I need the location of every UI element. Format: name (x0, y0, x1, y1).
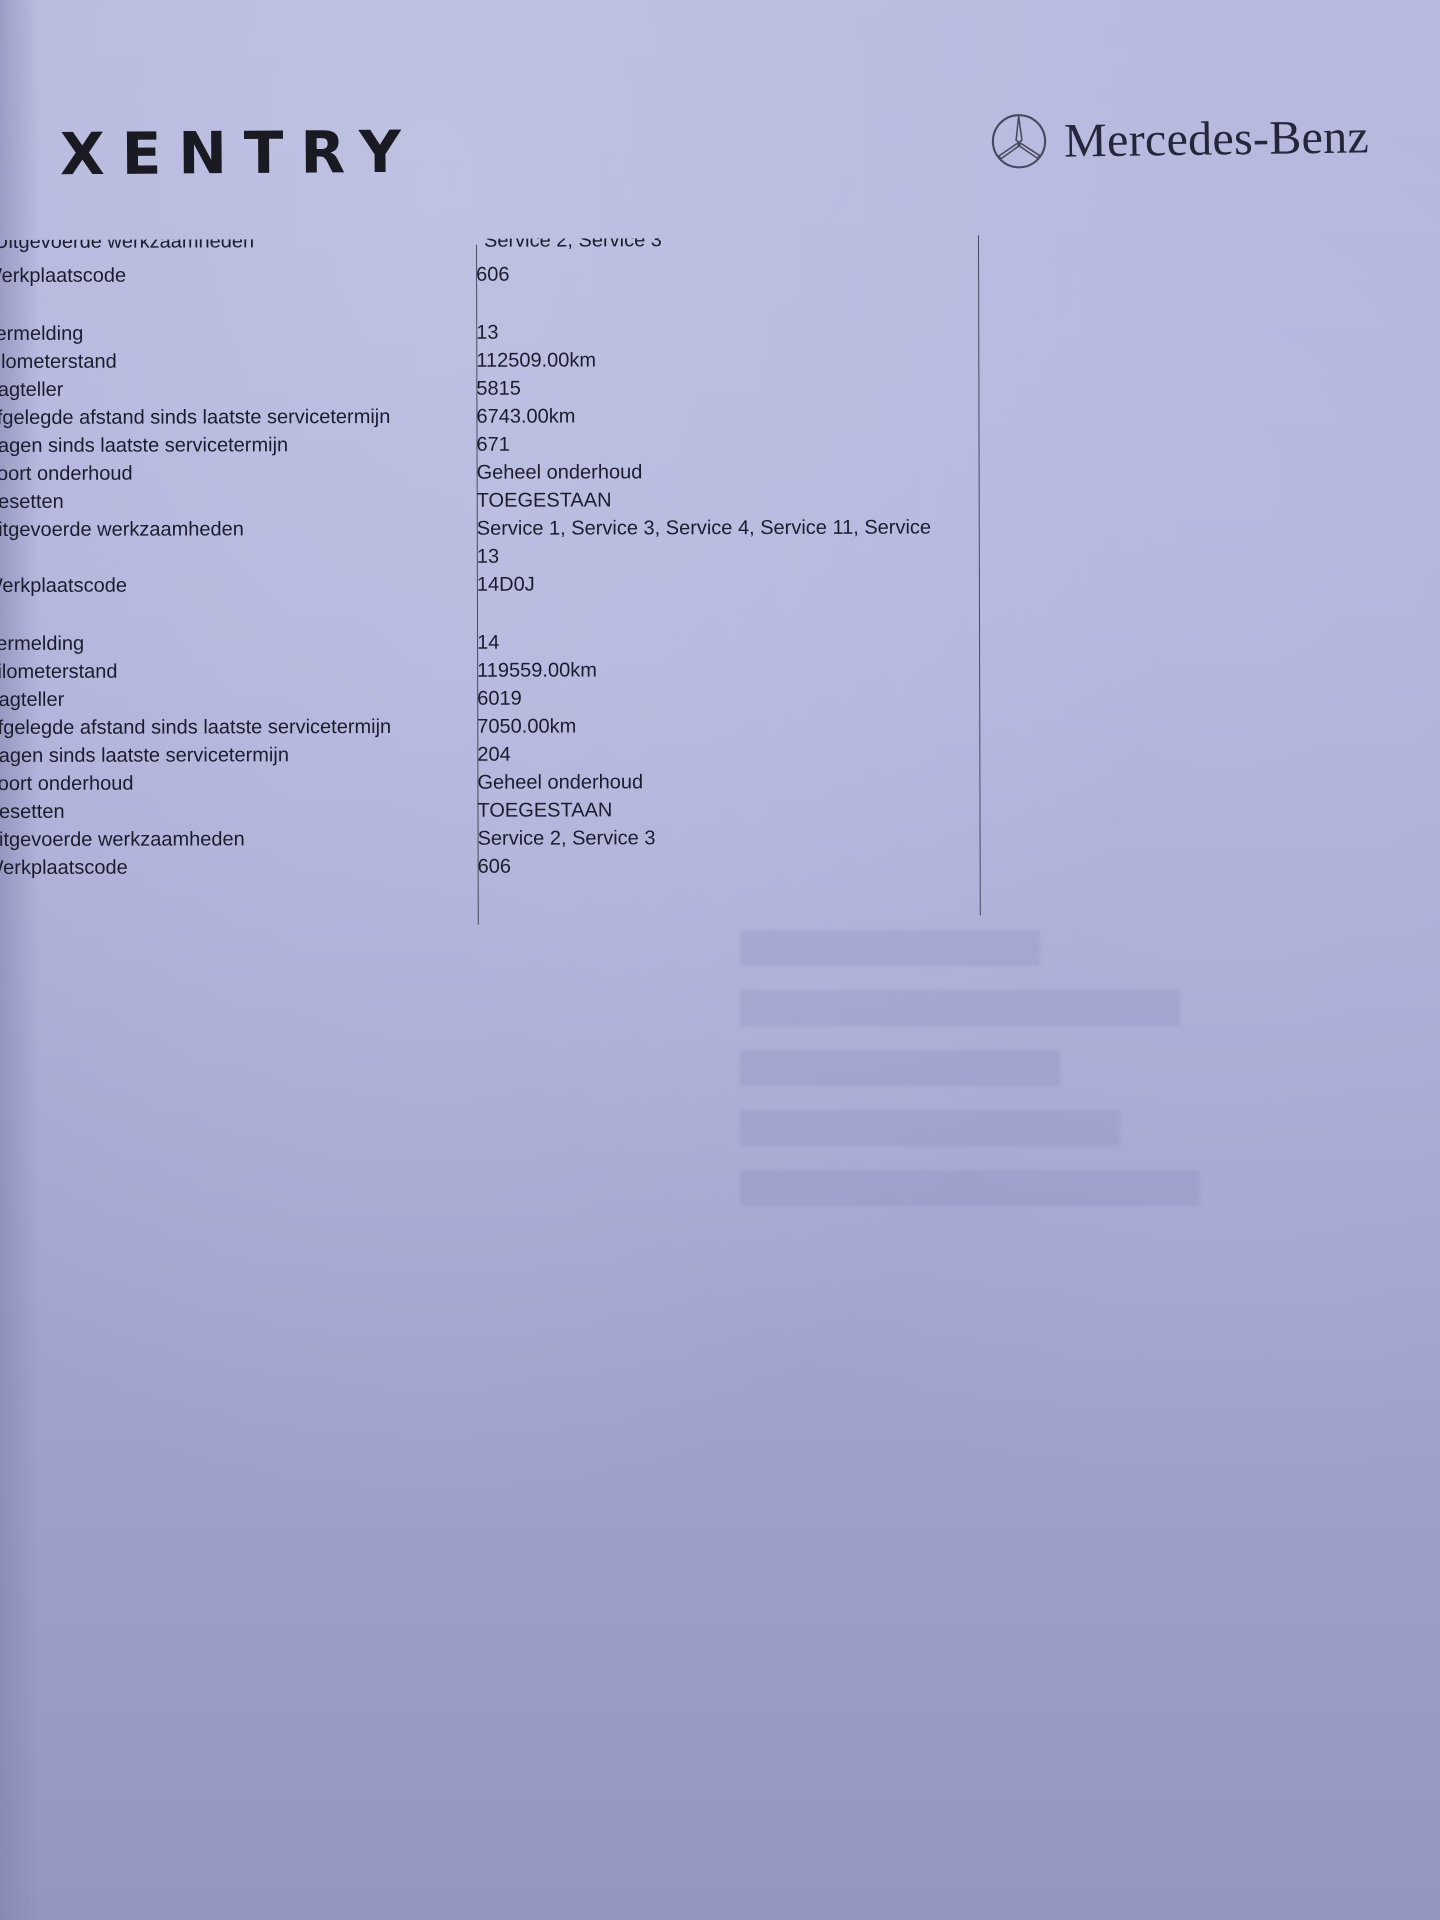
table-row: Kilometerstand112509.00km (0, 345, 1000, 376)
row-value: 119559.00km (477, 656, 947, 685)
row-label: Afgelegde afstand sinds laatste servicet… (0, 403, 477, 432)
row-value: Service 2, Service 3 (484, 237, 662, 252)
table-row: ResettenTOEGESTAAN (1, 795, 1001, 826)
table-row: Dagen sinds laatste servicetermijn671 (1, 429, 1001, 460)
mercedes-star-icon (990, 112, 1049, 171)
table-row: Dagen sinds laatste servicetermijn204 (1, 739, 1001, 770)
row-value: 6743.00km (476, 402, 946, 431)
row-label: Kilometerstand (0, 657, 477, 686)
row-label: Soort onderhoud (0, 459, 477, 488)
table-row: Dagteller6019 (1, 683, 1001, 714)
row-label: Vermelding (0, 629, 477, 658)
table-row: Kilometerstand119559.00km (1, 655, 1001, 686)
document-header: XENTRY Mercedes-Benz (0, 0, 1440, 240)
row-label: Werkplaatscode (0, 571, 477, 600)
row-value: Geheel onderhoud (477, 768, 947, 797)
row-value: 5815 (476, 374, 946, 403)
row-value: 14D0J (477, 570, 947, 599)
service-record: Vermelding14Kilometerstand119559.00kmDag… (1, 627, 1002, 882)
row-label: Werkplaatscode (0, 853, 478, 882)
row-label: Dagteller (0, 685, 477, 714)
row-value: 112509.00km (476, 346, 946, 375)
cut-off-row: Uitgevoerde werkzaamheden Service 2, Ser… (0, 237, 1000, 255)
row-label: Uitgevoerde werkzaamheden (0, 237, 254, 254)
row-label: Uitgevoerde werkzaamheden (0, 825, 478, 854)
row-label: Afgelegde afstand sinds laatste servicet… (0, 713, 477, 742)
row-value: Service 1, Service 3, Service 4, Service… (477, 514, 947, 571)
row-label: Vermelding (0, 319, 476, 348)
row-value: 7050.00km (477, 712, 947, 741)
table-row: Vermelding13 (0, 317, 1000, 348)
mercedes-benz-brand: Mercedes-Benz (990, 107, 1370, 170)
row-label: Dagen sinds laatste servicetermijn (0, 431, 477, 460)
row-value: Geheel onderhoud (477, 458, 947, 487)
row-value: 204 (477, 740, 947, 769)
row-value: 14 (477, 628, 947, 657)
row-label: Uitgevoerde werkzaamheden (0, 515, 477, 572)
row-label: Resetten (0, 487, 477, 516)
table-row: Werkplaatscode606 (0, 259, 1000, 290)
table-row: Afgelegde afstand sinds laatste servicet… (1, 711, 1001, 742)
row-label: Soort onderhoud (0, 769, 477, 798)
row-label: Dagen sinds laatste servicetermijn (0, 741, 477, 770)
xentry-logo: XENTRY (60, 123, 418, 183)
row-label: Werkplaatscode (0, 261, 476, 290)
row-value: 6019 (477, 684, 947, 713)
row-value: 671 (477, 430, 947, 459)
service-records: Werkplaatscode606Vermelding13Kilometerst… (0, 259, 1002, 912)
table-row: Dagteller5815 (0, 373, 1000, 404)
table-row: Werkplaatscode14D0J (1, 569, 1001, 600)
bleed-through-text (740, 930, 1340, 1230)
brand-name: Mercedes-Benz (1064, 109, 1370, 168)
row-value: 606 (476, 260, 946, 289)
service-record: Vermelding13Kilometerstand112509.00kmDag… (0, 317, 1001, 600)
row-value: TOEGESTAAN (477, 486, 947, 515)
row-label: Dagteller (0, 375, 476, 404)
table-row: Afgelegde afstand sinds laatste servicet… (0, 401, 1000, 432)
row-value: 13 (476, 318, 946, 347)
table-row: Uitgevoerde werkzaamhedenService 2, Serv… (2, 823, 1002, 854)
table-row: Soort onderhoudGeheel onderhoud (1, 767, 1001, 798)
row-label: Resetten (0, 797, 478, 826)
table-row: ResettenTOEGESTAAN (1, 485, 1001, 516)
row-value: Service 2, Service 3 (478, 824, 948, 853)
table-row: Soort onderhoudGeheel onderhoud (1, 457, 1001, 488)
table-row: Vermelding14 (1, 627, 1001, 658)
table-row: Uitgevoerde werkzaamhedenService 1, Serv… (1, 513, 1001, 572)
row-value: 606 (478, 852, 948, 881)
table-row: Werkplaatscode606 (2, 851, 1002, 882)
row-value: TOEGESTAAN (477, 796, 947, 825)
service-record: Werkplaatscode606 (0, 259, 1000, 290)
row-label: Kilometerstand (0, 347, 476, 376)
